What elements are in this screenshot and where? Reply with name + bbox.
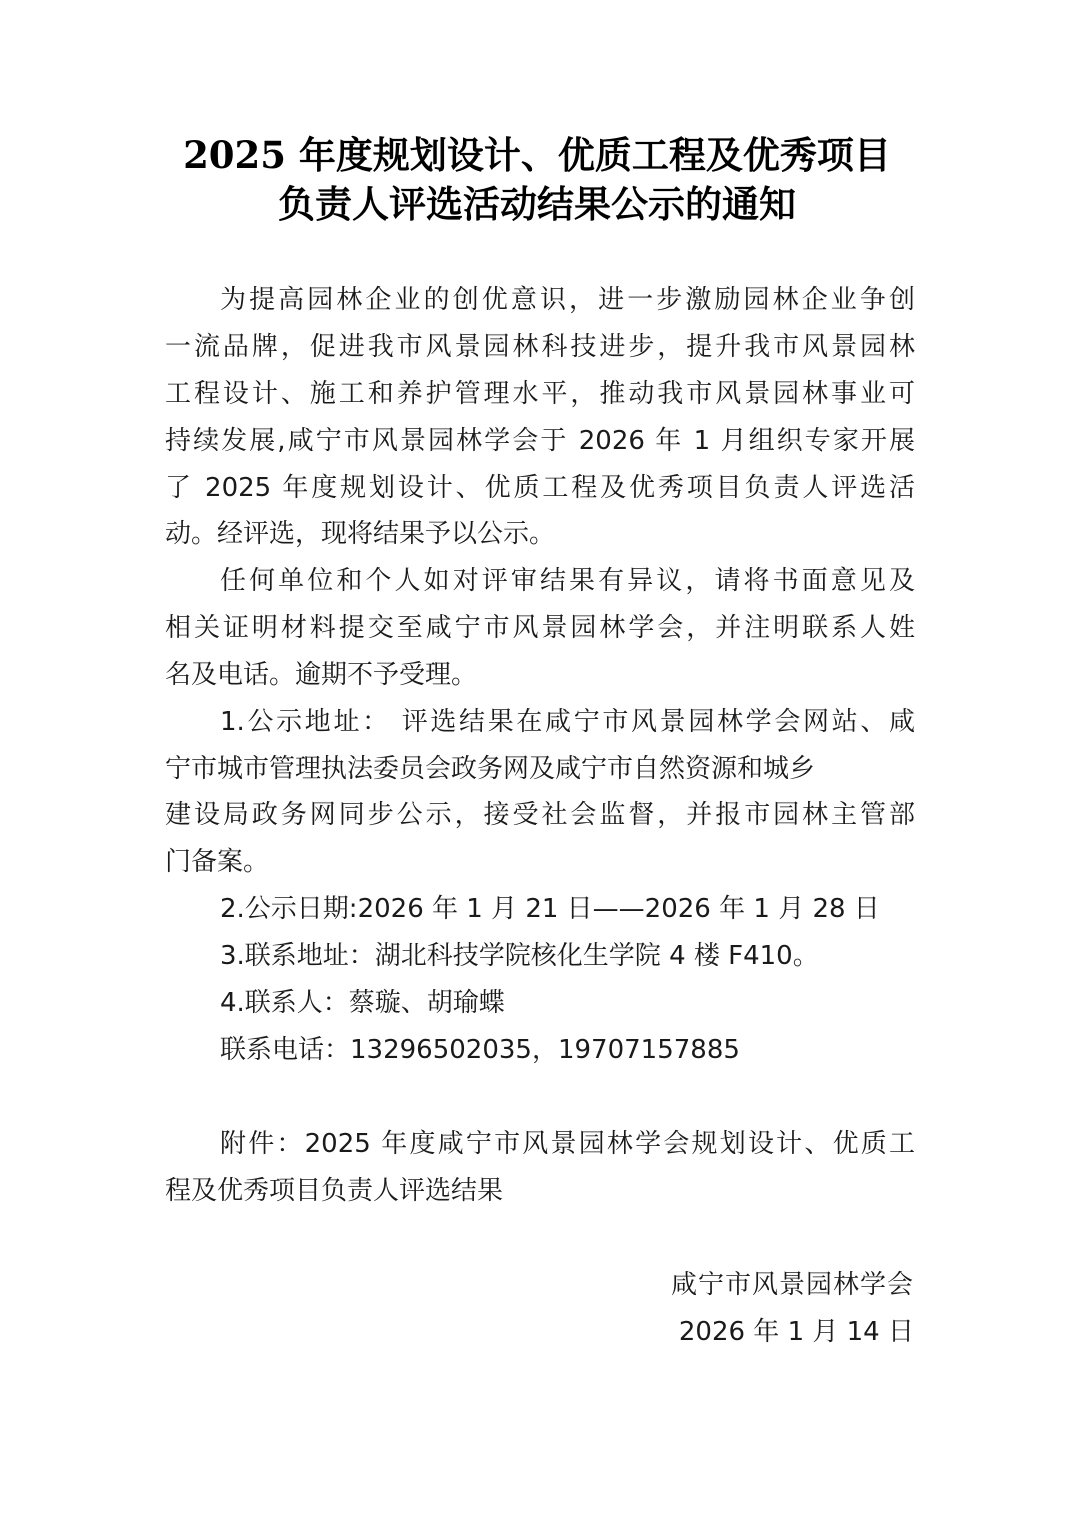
item-1-line: 1.公示地址： 评选结果在咸宁市风景园林学会网站、咸 xyxy=(220,699,915,746)
paragraph-2-line: 名及电话。逾期不予受理。 xyxy=(165,652,915,699)
document-title-line-2: 负责人评选活动结果公示的通知 xyxy=(0,180,1074,228)
item-1-line: 门备案。 xyxy=(165,839,915,886)
paragraph-1-line: 持续发展,咸宁市风景园林学会于 2026 年 1 月组织专家开展 xyxy=(165,418,915,465)
paragraph-1-line: 为提高园林企业的创优意识，进一步激励园林企业争创 xyxy=(220,277,915,324)
signature-organization: 咸宁市风景园林学会 xyxy=(671,1262,914,1309)
item-1-line: 建设局政务网同步公示，接受社会监督，并报市园林主管部 xyxy=(165,792,915,839)
document-title-line-1: 2025 年度规划设计、优质工程及优秀项目 xyxy=(0,131,1074,179)
item-1-line: 宁市城市管理执法委员会政务网及咸宁市自然资源和城乡 xyxy=(165,746,915,793)
attachment-line: 附件：2025 年度咸宁市风景园林学会规划设计、优质工 xyxy=(220,1121,915,1168)
contact-phone: 联系电话：13296502035，19707157885 xyxy=(220,1027,915,1074)
paragraph-2-line: 任何单位和个人如对评审结果有异议，请将书面意见及 xyxy=(220,558,915,605)
item-4-contact-persons: 4.联系人：蔡璇、胡瑜蝶 xyxy=(220,980,915,1027)
paragraph-1-line: 动。经评选，现将结果予以公示。 xyxy=(165,511,915,558)
item-3-contact-address: 3.联系地址：湖北科技学院核化生学院 4 楼 F410。 xyxy=(220,933,915,980)
document-page: 2025 年度规划设计、优质工程及优秀项目 负责人评选活动结果公示的通知 为提高… xyxy=(0,0,1074,1520)
paragraph-1-line: 工程设计、施工和养护管理水平，推动我市风景园林事业可 xyxy=(165,371,915,418)
paragraph-1-line: 了 2025 年度规划设计、优质工程及优秀项目负责人评选活 xyxy=(165,465,915,512)
signature-date: 2026 年 1 月 14 日 xyxy=(679,1309,914,1356)
item-2-publicity-period: 2.公示日期:2026 年 1 月 21 日——2026 年 1 月 28 日 xyxy=(220,886,915,933)
attachment-line: 程及优秀项目负责人评选结果 xyxy=(165,1168,915,1215)
paragraph-2-line: 相关证明材料提交至咸宁市风景园林学会，并注明联系人姓 xyxy=(165,605,915,652)
paragraph-1-line: 一流品牌，促进我市风景园林科技进步，提升我市风景园林 xyxy=(165,324,915,371)
